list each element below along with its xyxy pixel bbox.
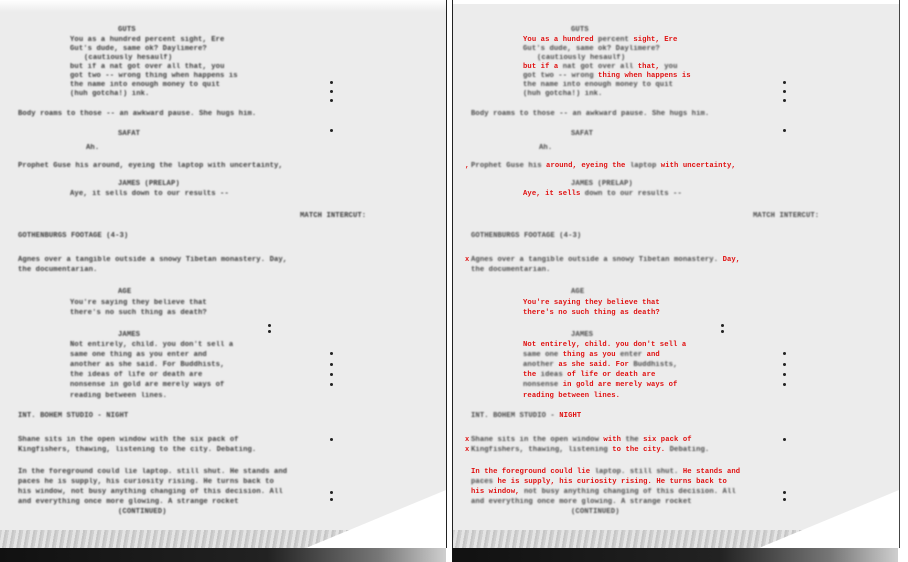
ocr-margin-mark: x bbox=[465, 256, 469, 266]
ocr-recognized-text: reading between lines. bbox=[523, 392, 620, 400]
script-line: nonsense in gold are merely ways of bbox=[523, 381, 677, 391]
scanned-text: same one bbox=[70, 351, 110, 359]
scanned-text: six pack of bbox=[190, 436, 239, 444]
scan-shadow bbox=[452, 548, 898, 562]
margin-dot bbox=[330, 438, 333, 441]
scanned-text: Debating. bbox=[665, 446, 709, 454]
page-curl bbox=[759, 490, 899, 548]
ocr-recognized-text: he is supply, his curiosity rising. He t… bbox=[497, 478, 727, 486]
scanned-text: Body roams to those -- an awkward pause.… bbox=[471, 110, 709, 118]
script-line: another as she said. For Buddhists, bbox=[70, 361, 224, 371]
margin-dot bbox=[721, 324, 724, 327]
scanned-text: Debating. bbox=[212, 446, 256, 454]
ocr-recognized-text: as she said. For bbox=[558, 361, 629, 369]
ocr-recognized-text: Aye, it sells bbox=[523, 190, 580, 198]
scanned-text: Ah. bbox=[86, 144, 99, 152]
scanned-text: of life or death are bbox=[114, 371, 202, 379]
margin-dot bbox=[268, 324, 271, 327]
scanned-text: (cautiously hesaulf) bbox=[84, 54, 172, 62]
scanned-text: with uncertainty, bbox=[208, 162, 283, 170]
script-line: Prophet Guse his around, eyeing the lapt… bbox=[18, 162, 283, 172]
scanned-text: Prophet Guse his bbox=[471, 162, 546, 170]
scanned-text: with bbox=[150, 436, 168, 444]
script-line: (huh gotcha!) ink. bbox=[70, 90, 149, 100]
scanned-text: JAMES (PRELAP) bbox=[118, 180, 180, 188]
scanned-text: Gut's dude, same ok? Daylimere? bbox=[70, 45, 207, 53]
script-line: the ideas of life or death are bbox=[70, 371, 202, 381]
margin-dot bbox=[783, 99, 786, 102]
margin-dot bbox=[783, 81, 786, 84]
ocr-recognized-text: sight, Ere bbox=[633, 36, 677, 44]
script-line: GOTHENBURGS FOOTAGE (4-3) bbox=[18, 232, 128, 242]
scanned-text: the bbox=[168, 436, 190, 444]
ocr-recognized-text: around, eyeing the bbox=[546, 162, 625, 170]
script-line: In the foreground could lie laptop. stil… bbox=[18, 468, 287, 478]
script-line: JAMES bbox=[118, 331, 140, 341]
scanned-text: GUTS bbox=[571, 26, 589, 34]
scanned-text: but if a bbox=[70, 63, 105, 71]
scanned-text: the documentarian. bbox=[18, 266, 97, 274]
script-line: GOTHENBURGS FOOTAGE (4-3) bbox=[471, 232, 581, 242]
ocr-recognized-text: thing as you bbox=[563, 351, 616, 359]
ocr-recognized-text: and bbox=[647, 351, 660, 359]
scanned-text: Ah. bbox=[539, 144, 552, 152]
scanned-text: SAFAT bbox=[118, 130, 140, 138]
scanned-text: laptop bbox=[625, 162, 660, 170]
scanned-text: laptop. still shut. bbox=[590, 468, 683, 476]
scanned-text: sight, Ere bbox=[180, 36, 224, 44]
ocr-recognized-text: NIGHT bbox=[559, 412, 581, 420]
script-line: and everything once more glowing. A stra… bbox=[18, 498, 239, 508]
scanned-text: nonsense bbox=[70, 381, 110, 389]
scanned-text: Shane sits in the open window bbox=[18, 436, 150, 444]
margin-dot bbox=[330, 383, 333, 386]
scanned-text: In the foreground could lie bbox=[18, 468, 137, 476]
script-line: Agnes over a tangible outside a snowy Ti… bbox=[18, 256, 287, 266]
ocr-margin-mark: x bbox=[465, 446, 469, 456]
scanned-text: and bbox=[194, 351, 207, 359]
scanned-text: GOTHENBURGS FOOTAGE (4-3) bbox=[471, 232, 581, 240]
script-line: the ideas of life or death are bbox=[523, 371, 655, 381]
scanned-text: thing when happens is bbox=[145, 72, 238, 80]
scanned-text: Kingfishers, thawing, listening bbox=[471, 446, 612, 454]
scanned-text: Not entirely, child. you don't sell a bbox=[70, 341, 233, 349]
scan-shadow bbox=[0, 548, 446, 562]
script-line: JAMES bbox=[571, 331, 593, 341]
scanned-text: Day, bbox=[270, 256, 288, 264]
scanned-text: same one bbox=[523, 351, 563, 359]
script-line: JAMES (PRELAP) bbox=[118, 180, 180, 190]
scanned-text: Agnes over a tangible outside a snowy Ti… bbox=[471, 256, 723, 264]
scanned-text: not busy anything changing of this decis… bbox=[520, 488, 736, 496]
script-line: Kingfishers, thawing, listening to the c… bbox=[18, 446, 256, 456]
original-scan-page: GUTSYou as a hundred percent sight, EreG… bbox=[0, 0, 447, 548]
ocr-recognized-text: In the foreground could lie bbox=[471, 468, 590, 476]
script-line: there's no such thing as death? bbox=[523, 309, 660, 319]
scanned-text: INT. BOHEM STUDIO - bbox=[18, 412, 106, 420]
script-line: MATCH INTERCUT: bbox=[753, 212, 819, 222]
margin-dot bbox=[783, 352, 786, 355]
scanned-text: Agnes over a tangible outside a snowy Ti… bbox=[18, 256, 270, 264]
scanned-text: down to our results -- bbox=[580, 190, 682, 198]
scanned-text: AGE bbox=[118, 288, 131, 296]
scanned-text: (huh gotcha!) ink. bbox=[523, 90, 602, 98]
ocr-margin-mark: , bbox=[465, 162, 469, 172]
script-line: paces he is supply, his curiosity rising… bbox=[471, 478, 727, 488]
scanned-text: nat got over all bbox=[105, 63, 184, 71]
scanned-text: percent bbox=[594, 36, 634, 44]
script-line: same one thing as you enter and bbox=[70, 351, 207, 361]
scanned-text: got two -- wrong bbox=[70, 72, 145, 80]
script-line: Not entirely, child. you don't sell a bbox=[70, 341, 233, 351]
scanned-text: there's no such thing as death? bbox=[70, 309, 207, 317]
scanned-text: MATCH INTERCUT: bbox=[753, 212, 819, 220]
script-line: MATCH INTERCUT: bbox=[300, 212, 366, 222]
script-line: Shane sits in the open window with the s… bbox=[471, 436, 692, 446]
margin-dot bbox=[721, 330, 724, 333]
scanned-text: and everything once more glowing. A stra… bbox=[471, 498, 692, 506]
scanned-text: GOTHENBURGS FOOTAGE (4-3) bbox=[18, 232, 128, 240]
scanned-text: the documentarian. bbox=[471, 266, 550, 274]
margin-dot bbox=[783, 129, 786, 132]
scanned-text: the bbox=[621, 436, 643, 444]
scanned-text: thing as you bbox=[110, 351, 163, 359]
script-line: another as she said. For Buddhists, bbox=[523, 361, 677, 371]
scanned-text: paces bbox=[471, 478, 497, 486]
scanned-text: Prophet Guse his bbox=[18, 162, 93, 170]
ocr-recognized-text: in gold are merely ways of bbox=[563, 381, 678, 389]
script-line: the documentarian. bbox=[18, 266, 97, 276]
scanned-text: You're saying they believe that bbox=[70, 299, 207, 307]
script-line: SAFAT bbox=[571, 130, 593, 140]
scanned-text: as she said. For bbox=[105, 361, 176, 369]
script-line: nonsense in gold are merely ways of bbox=[70, 381, 224, 391]
scanned-text: he is supply, his curiosity rising. He t… bbox=[44, 478, 274, 486]
ocr-recognized-text: there's no such thing as death? bbox=[523, 309, 660, 317]
ocr-recognized-text: but if a bbox=[523, 63, 558, 71]
margin-dot bbox=[783, 438, 786, 441]
margin-dot bbox=[330, 352, 333, 355]
margin-dot bbox=[783, 383, 786, 386]
script-line: SAFAT bbox=[118, 130, 140, 140]
script-line: INT. BOHEM STUDIO - NIGHT bbox=[18, 412, 128, 422]
scanned-text: GUTS bbox=[118, 26, 136, 34]
margin-dot bbox=[268, 330, 271, 333]
ocr-margin-mark: x bbox=[465, 436, 469, 446]
margin-dot bbox=[330, 90, 333, 93]
ocr-recognized-text: his window, bbox=[471, 488, 520, 496]
scanned-text: another bbox=[523, 361, 558, 369]
script-line: Prophet Guse his around, eyeing the lapt… bbox=[471, 162, 736, 172]
ocr-recognized-text: You as a hundred bbox=[523, 36, 594, 44]
scanned-text: Gut's dude, same ok? Daylimere? bbox=[523, 45, 660, 53]
scanned-text: another bbox=[70, 361, 105, 369]
scanned-text: (huh gotcha!) ink. bbox=[70, 90, 149, 98]
ocr-recognized-text: with bbox=[603, 436, 621, 444]
script-line: Body roams to those -- an awkward pause.… bbox=[471, 110, 709, 120]
script-line: same one thing as you enter and bbox=[523, 351, 660, 361]
ocr-recognized-text: of life or death are bbox=[567, 371, 655, 379]
margin-dot bbox=[330, 363, 333, 366]
scanned-text: you bbox=[660, 63, 678, 71]
scanned-text: the bbox=[70, 371, 83, 379]
scanned-text: got two -- wrong bbox=[523, 72, 598, 80]
script-line: Aye, it sells down to our results -- bbox=[70, 190, 229, 200]
scanned-text: in gold are merely ways of bbox=[110, 381, 225, 389]
scanned-text: the name into enough money to quit bbox=[523, 81, 673, 89]
scanned-text: JAMES bbox=[571, 331, 593, 339]
scanned-text: JAMES (PRELAP) bbox=[571, 180, 633, 188]
scanned-text: to the city. bbox=[159, 446, 212, 454]
scanned-text: the name into enough money to quit bbox=[70, 81, 220, 89]
scanned-text: INT. BOHEM STUDIO - bbox=[471, 412, 559, 420]
scanned-text: SAFAT bbox=[571, 130, 593, 138]
ocr-recognized-text: to the city. bbox=[612, 446, 665, 454]
script-line: Ah. bbox=[539, 144, 552, 154]
scanned-text: He stands and bbox=[230, 468, 287, 476]
scanned-text: around, eyeing the bbox=[93, 162, 172, 170]
scanned-text: Body roams to those -- an awkward pause.… bbox=[18, 110, 256, 118]
script-line: Kingfishers, thawing, listening to the c… bbox=[471, 446, 709, 456]
script-line: You're saying they believe that bbox=[70, 299, 207, 309]
script-line: his window, not busy anything changing o… bbox=[471, 488, 736, 498]
scanned-text: (cautiously hesaulf) bbox=[537, 54, 625, 62]
scanned-text: NIGHT bbox=[106, 412, 128, 420]
scanned-text: nat got over all bbox=[558, 63, 637, 71]
script-line: there's no such thing as death? bbox=[70, 309, 207, 319]
ocr-recognized-text: the bbox=[523, 371, 536, 379]
ocr-recognized-text: He stands and bbox=[683, 468, 740, 476]
scanned-text: Aye, it sells bbox=[70, 190, 127, 198]
scanned-text: Buddhists, bbox=[629, 361, 678, 369]
scanned-text: (CONTINUED) bbox=[118, 508, 167, 516]
script-line: INT. BOHEM STUDIO - NIGHT bbox=[471, 412, 581, 422]
margin-dot bbox=[783, 90, 786, 93]
script-line: his window, not busy anything changing o… bbox=[18, 488, 283, 498]
script-line: and everything once more glowing. A stra… bbox=[471, 498, 692, 508]
script-line: Agnes over a tangible outside a snowy Ti… bbox=[471, 256, 740, 266]
script-line: GUTS bbox=[571, 26, 589, 36]
script-line: You're saying they believe that bbox=[523, 299, 660, 309]
scanned-text: Buddhists, bbox=[176, 361, 225, 369]
script-line: (CONTINUED) bbox=[571, 508, 620, 518]
ocr-recognized-text: You're saying they believe that bbox=[523, 299, 660, 307]
scanned-text: MATCH INTERCUT: bbox=[300, 212, 366, 220]
scanned-text: laptop bbox=[172, 162, 207, 170]
script-line: Shane sits in the open window with the s… bbox=[18, 436, 239, 446]
script-line: (huh gotcha!) ink. bbox=[523, 90, 602, 100]
scanned-text: enter bbox=[163, 351, 194, 359]
scanned-text: down to our results -- bbox=[127, 190, 229, 198]
script-line: the documentarian. bbox=[471, 266, 550, 276]
scanned-text: his window, bbox=[18, 488, 67, 496]
ocr-recognized-text: with uncertainty, bbox=[661, 162, 736, 170]
ocr-recognized-text: Day, bbox=[723, 256, 741, 264]
script-line: In the foreground could lie laptop. stil… bbox=[471, 468, 740, 478]
scanned-text: You as a hundred bbox=[70, 36, 141, 44]
page-curl bbox=[306, 490, 446, 548]
scanned-text: Kingfishers, thawing, listening bbox=[18, 446, 159, 454]
scanned-text: percent bbox=[141, 36, 181, 44]
scanned-text: you bbox=[207, 63, 225, 71]
scanned-text: not busy anything changing of this decis… bbox=[67, 488, 283, 496]
script-line: GUTS bbox=[118, 26, 136, 36]
margin-dot bbox=[783, 363, 786, 366]
script-line: paces he is supply, his curiosity rising… bbox=[18, 478, 274, 488]
ocr-recognized-text: thing when happens is bbox=[598, 72, 691, 80]
script-line: AGE bbox=[118, 288, 131, 298]
scanned-text: ideas bbox=[536, 371, 567, 379]
script-line: AGE bbox=[571, 288, 584, 298]
ocr-recognized-text: that, bbox=[638, 63, 660, 71]
script-line: JAMES (PRELAP) bbox=[571, 180, 633, 190]
scanned-text: laptop. still shut. bbox=[137, 468, 230, 476]
scanned-text: AGE bbox=[571, 288, 584, 296]
scanned-text: (CONTINUED) bbox=[571, 508, 620, 516]
scanned-text: Shane sits in the open window bbox=[471, 436, 603, 444]
ocr-recognized-text: six pack of bbox=[643, 436, 692, 444]
scanned-text: enter bbox=[616, 351, 647, 359]
scanned-text: nonsense bbox=[523, 381, 563, 389]
margin-dot bbox=[330, 99, 333, 102]
script-line: reading between lines. bbox=[70, 392, 167, 402]
scanned-text: JAMES bbox=[118, 331, 140, 339]
script-line: Body roams to those -- an awkward pause.… bbox=[18, 110, 256, 120]
script-line: (CONTINUED) bbox=[118, 508, 167, 518]
ocr-overlay-page: GUTSYou as a hundred percent sight, EreG… bbox=[452, 0, 900, 548]
script-line: reading between lines. bbox=[523, 392, 620, 402]
script-line: Aye, it sells down to our results -- bbox=[523, 190, 682, 200]
margin-dot bbox=[783, 373, 786, 376]
scanned-text: paces bbox=[18, 478, 44, 486]
margin-dot bbox=[330, 373, 333, 376]
scanned-text: and everything once more glowing. A stra… bbox=[18, 498, 239, 506]
scanned-text: reading between lines. bbox=[70, 392, 167, 400]
margin-dot bbox=[330, 81, 333, 84]
scanned-text: ideas bbox=[83, 371, 114, 379]
script-line: Not entirely, child. you don't sell a bbox=[523, 341, 686, 351]
ocr-recognized-text: Not entirely, child. you don't sell a bbox=[523, 341, 686, 349]
script-line: Ah. bbox=[86, 144, 99, 154]
scanned-text: that, bbox=[185, 63, 207, 71]
margin-dot bbox=[330, 129, 333, 132]
